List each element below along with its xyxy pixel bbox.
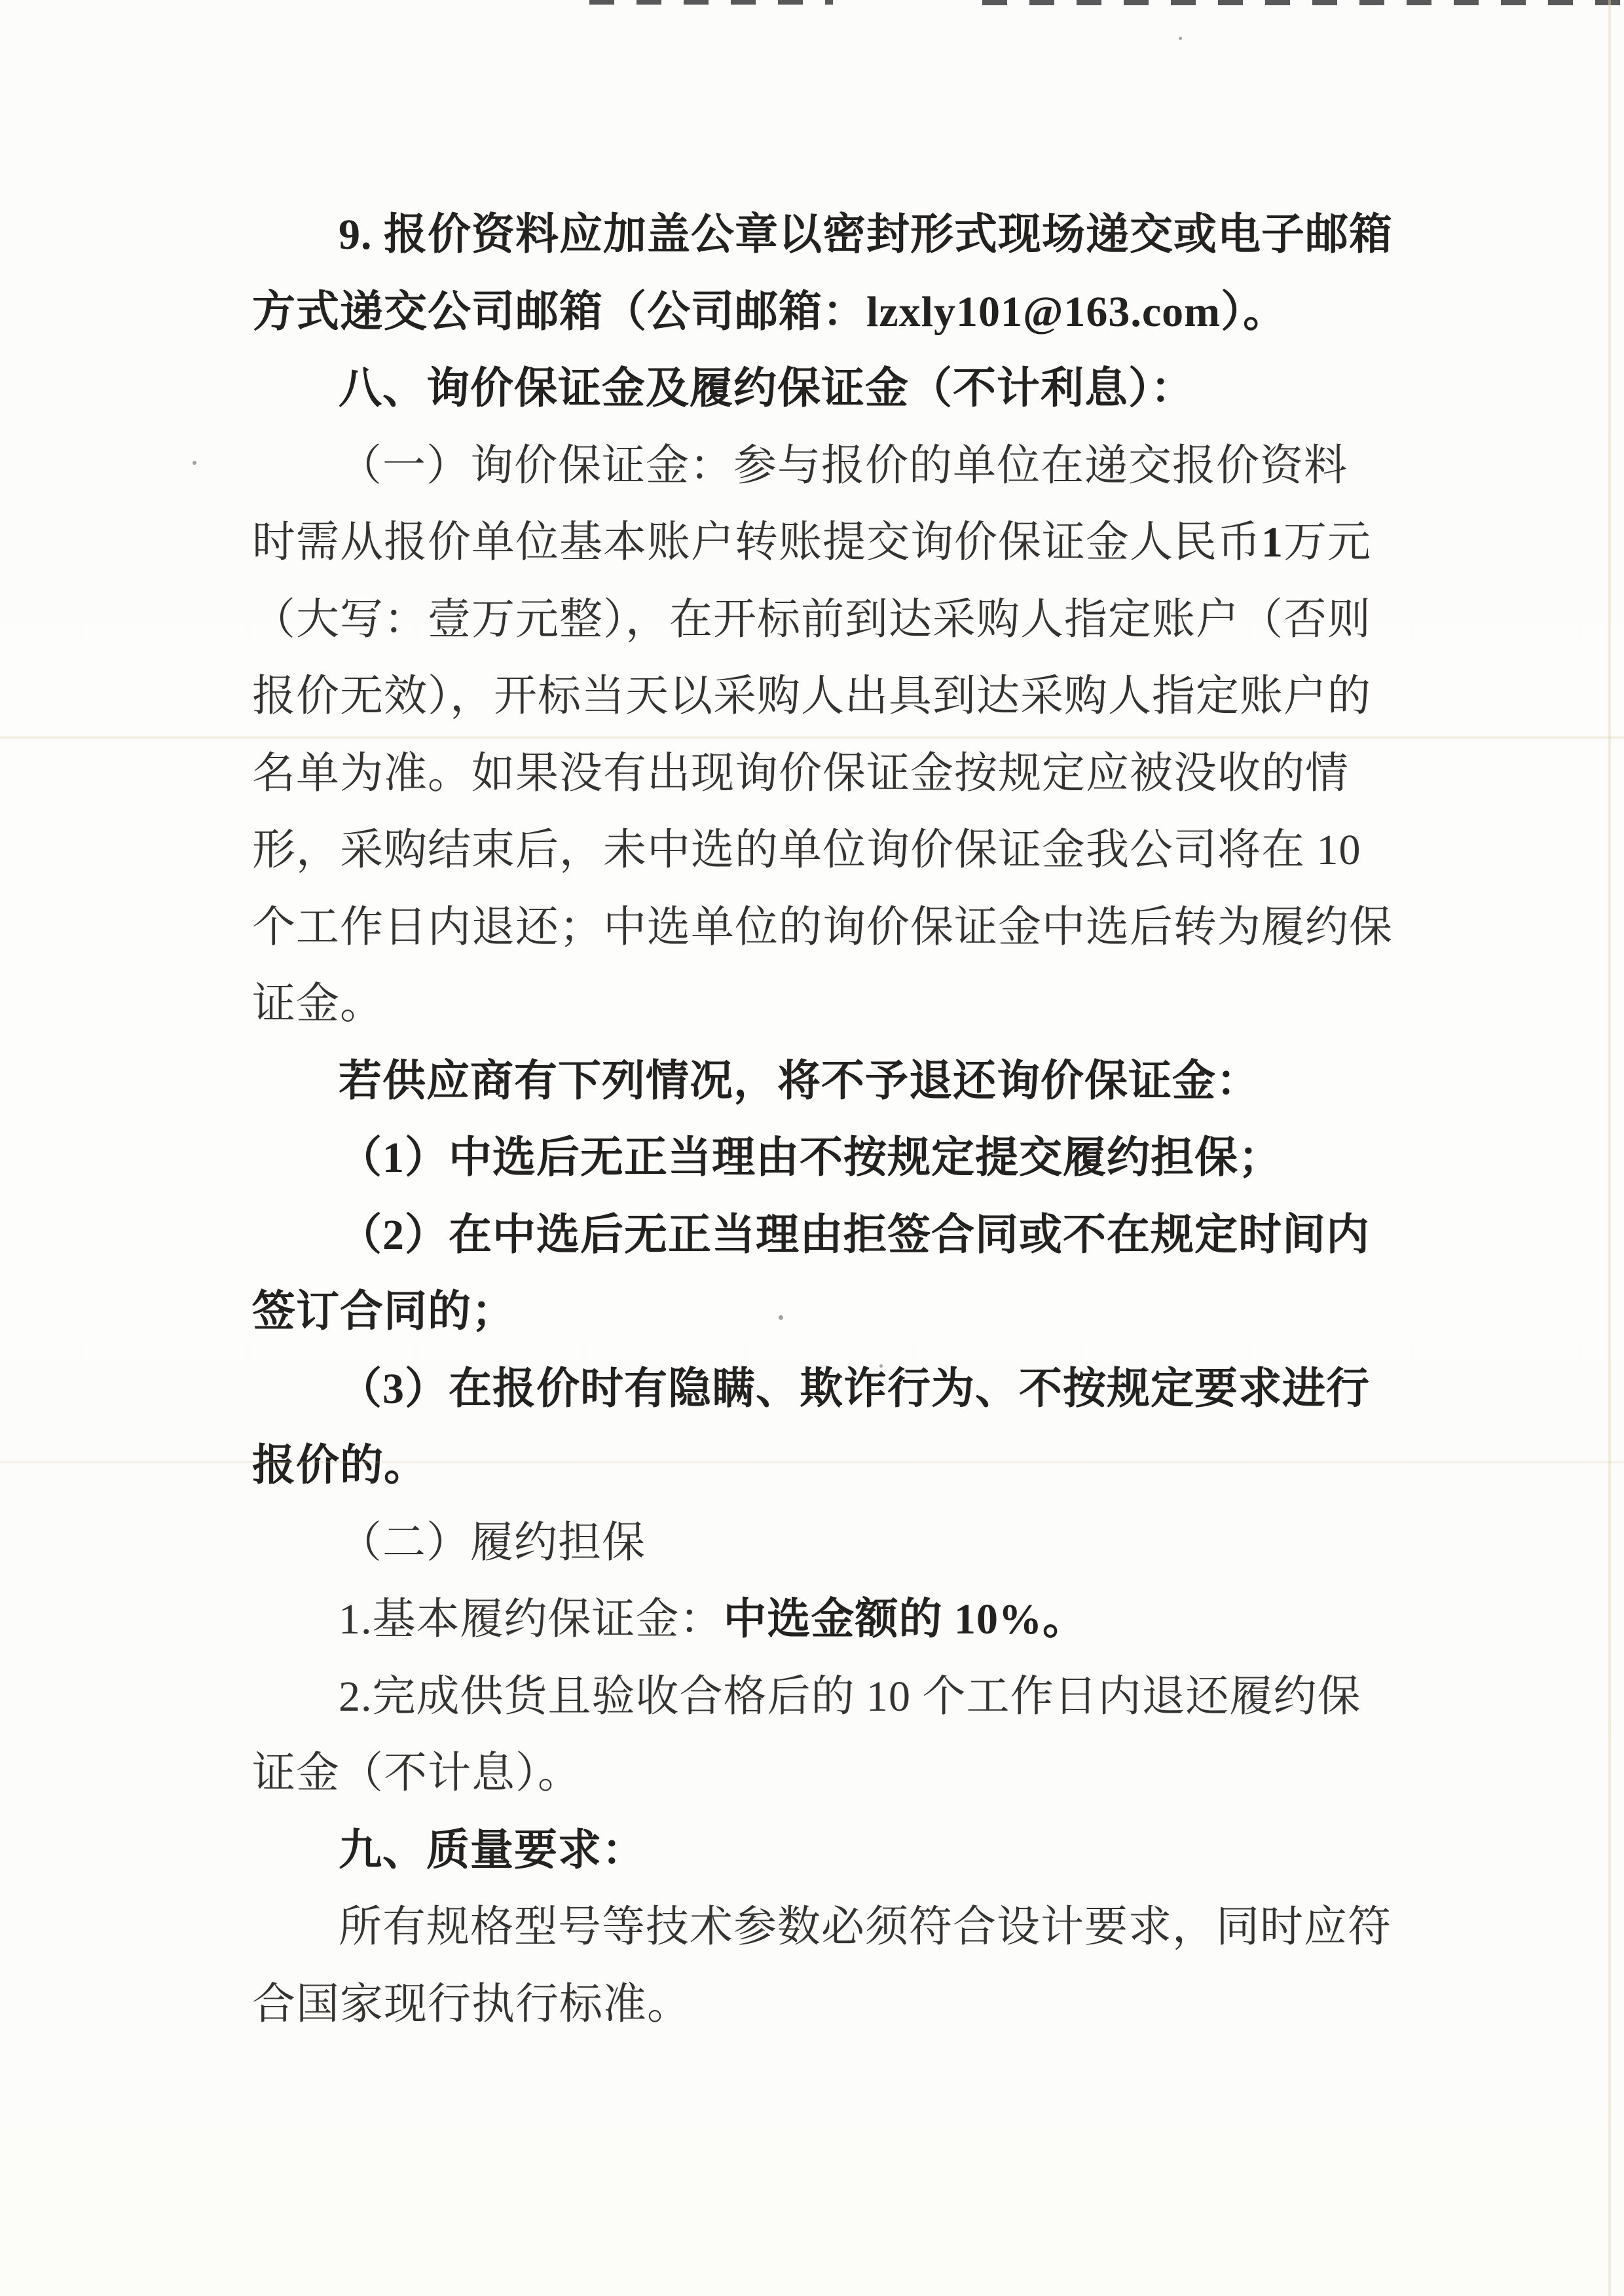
text-segment: 证金（不计息）。: [252, 1749, 581, 1797]
text-line: 1.基本履约保证金：中选金额的 10%。: [252, 1581, 1405, 1658]
text-line: （大写：壹万元整），在开标前到达采购人指定账户（否则: [252, 581, 1405, 659]
text-segment: （1）中选后无正当理由不按规定提交履约担保；: [339, 1134, 1282, 1182]
text-segment: 八、询价保证金及履约保证金（不计利息）：: [339, 365, 1194, 412]
text-segment: 时需从报价单位基本账户转账提交询价保证金人民币: [252, 519, 1261, 566]
text-segment: 1.基本履约保证金：: [339, 1595, 724, 1643]
text-segment: 万元: [1283, 519, 1371, 566]
text-line: 方式递交公司邮箱（公司邮箱：lzxly101@163.com）。: [252, 274, 1405, 351]
scan-artifact-speck: [1179, 37, 1182, 40]
text-line: （一）询价保证金：参与报价的单位在递交报价资料: [252, 428, 1405, 505]
text-line: 报价无效），开标当天以采购人出具到达采购人指定账户的: [252, 658, 1405, 735]
scan-artifact-speck: [879, 1364, 883, 1368]
text-segment: 签订合同的；: [252, 1288, 515, 1336]
text-line: 个工作日内退还；中选单位的询价保证金中选后转为履约保: [252, 889, 1405, 966]
text-line: （2）在中选后无正当理由拒签合同或不在规定时间内: [252, 1197, 1405, 1274]
text-segment: 所有规格型号等技术参数必须符合设计要求，同时应符: [339, 1903, 1392, 1951]
text-line: 9. 报价资料应加盖公章以密封形式现场递交或电子邮箱: [252, 196, 1405, 274]
text-line: 报价的。: [252, 1427, 1405, 1504]
text-line: 九、质量要求：: [252, 1812, 1405, 1889]
text-line: 形，采购结束后，未中选的单位询价保证金我公司将在 10: [252, 812, 1405, 889]
text-line: 若供应商有下列情况，将不予退还询价保证金：: [252, 1043, 1405, 1120]
scan-artifact-band: [0, 1461, 1624, 1463]
text-segment: （3）在报价时有隐瞒、欺诈行为、不按规定要求进行: [339, 1365, 1370, 1413]
text-line: 证金。: [252, 966, 1405, 1043]
text-line: （二）履约担保: [252, 1504, 1405, 1582]
text-line: 证金（不计息）。: [252, 1735, 1405, 1812]
text-segment: 报价的。: [252, 1442, 428, 1489]
text-line: （1）中选后无正当理由不按规定提交履约担保；: [252, 1120, 1405, 1197]
text-segment: 合国家现行执行标准。: [252, 1980, 691, 2028]
scan-artifact-band: [0, 737, 1624, 738]
document-page: 9. 报价资料应加盖公章以密封形式现场递交或电子邮箱方式递交公司邮箱（公司邮箱：…: [0, 0, 1624, 2296]
scan-artifact-speck: [193, 461, 196, 465]
text-line: 名单为准。如果没有出现询价保证金按规定应被没收的情: [252, 735, 1405, 812]
text-segment: 2.完成供货且验收合格后的 10 个工作日内退还履约保: [339, 1673, 1361, 1721]
text-line: 合国家现行执行标准。: [252, 1966, 1405, 2043]
scan-artifact-top-edge: [982, 0, 1624, 5]
text-segment: 若供应商有下列情况，将不予退还询价保证金：: [339, 1057, 1260, 1105]
text-segment: 个工作日内退还；中选单位的询价保证金中选后转为履约保: [252, 903, 1393, 951]
document-text-block: 9. 报价资料应加盖公章以密封形式现场递交或电子邮箱方式递交公司邮箱（公司邮箱：…: [252, 196, 1405, 2043]
scan-artifact-speck: [779, 1315, 783, 1320]
text-segment: 1: [1261, 519, 1283, 566]
text-segment: 中选金额的 10%。: [724, 1595, 1087, 1643]
text-line: 八、询价保证金及履约保证金（不计利息）：: [252, 350, 1405, 428]
text-segment: 报价无效），开标当天以采购人出具到达采购人指定账户的: [252, 672, 1371, 720]
text-line: 签订合同的；: [252, 1273, 1405, 1351]
text-segment: 证金。: [252, 980, 384, 1028]
text-segment: 形，采购结束后，未中选的单位询价保证金我公司将在 10: [252, 826, 1361, 874]
text-segment: （2）在中选后无正当理由拒签合同或不在规定时间内: [339, 1211, 1370, 1259]
text-line: 时需从报价单位基本账户转账提交询价保证金人民币1万元: [252, 504, 1405, 581]
text-segment: 方式递交公司邮箱（公司邮箱：lzxly101@163.com）。: [252, 288, 1287, 336]
text-line: （3）在报价时有隐瞒、欺诈行为、不按规定要求进行: [252, 1351, 1405, 1428]
text-segment: （大写：壹万元整），在开标前到达采购人指定账户（否则: [252, 596, 1371, 644]
text-segment: 名单为准。如果没有出现询价保证金按规定应被没收的情: [252, 750, 1349, 797]
text-segment: 9. 报价资料应加盖公章以密封形式现场递交或电子邮箱: [339, 211, 1393, 259]
scan-artifact-top-edge: [589, 0, 833, 5]
text-line: 2.完成供货且验收合格后的 10 个工作日内退还履约保: [252, 1658, 1405, 1736]
text-line: 所有规格型号等技术参数必须符合设计要求，同时应符: [252, 1889, 1405, 1966]
scan-artifact-right-edge: [1608, 0, 1611, 2296]
text-segment: （二）履约担保: [339, 1519, 646, 1567]
text-segment: 九、质量要求：: [339, 1827, 646, 1874]
text-segment: （一）询价保证金：参与报价的单位在递交报价资料: [339, 442, 1348, 490]
